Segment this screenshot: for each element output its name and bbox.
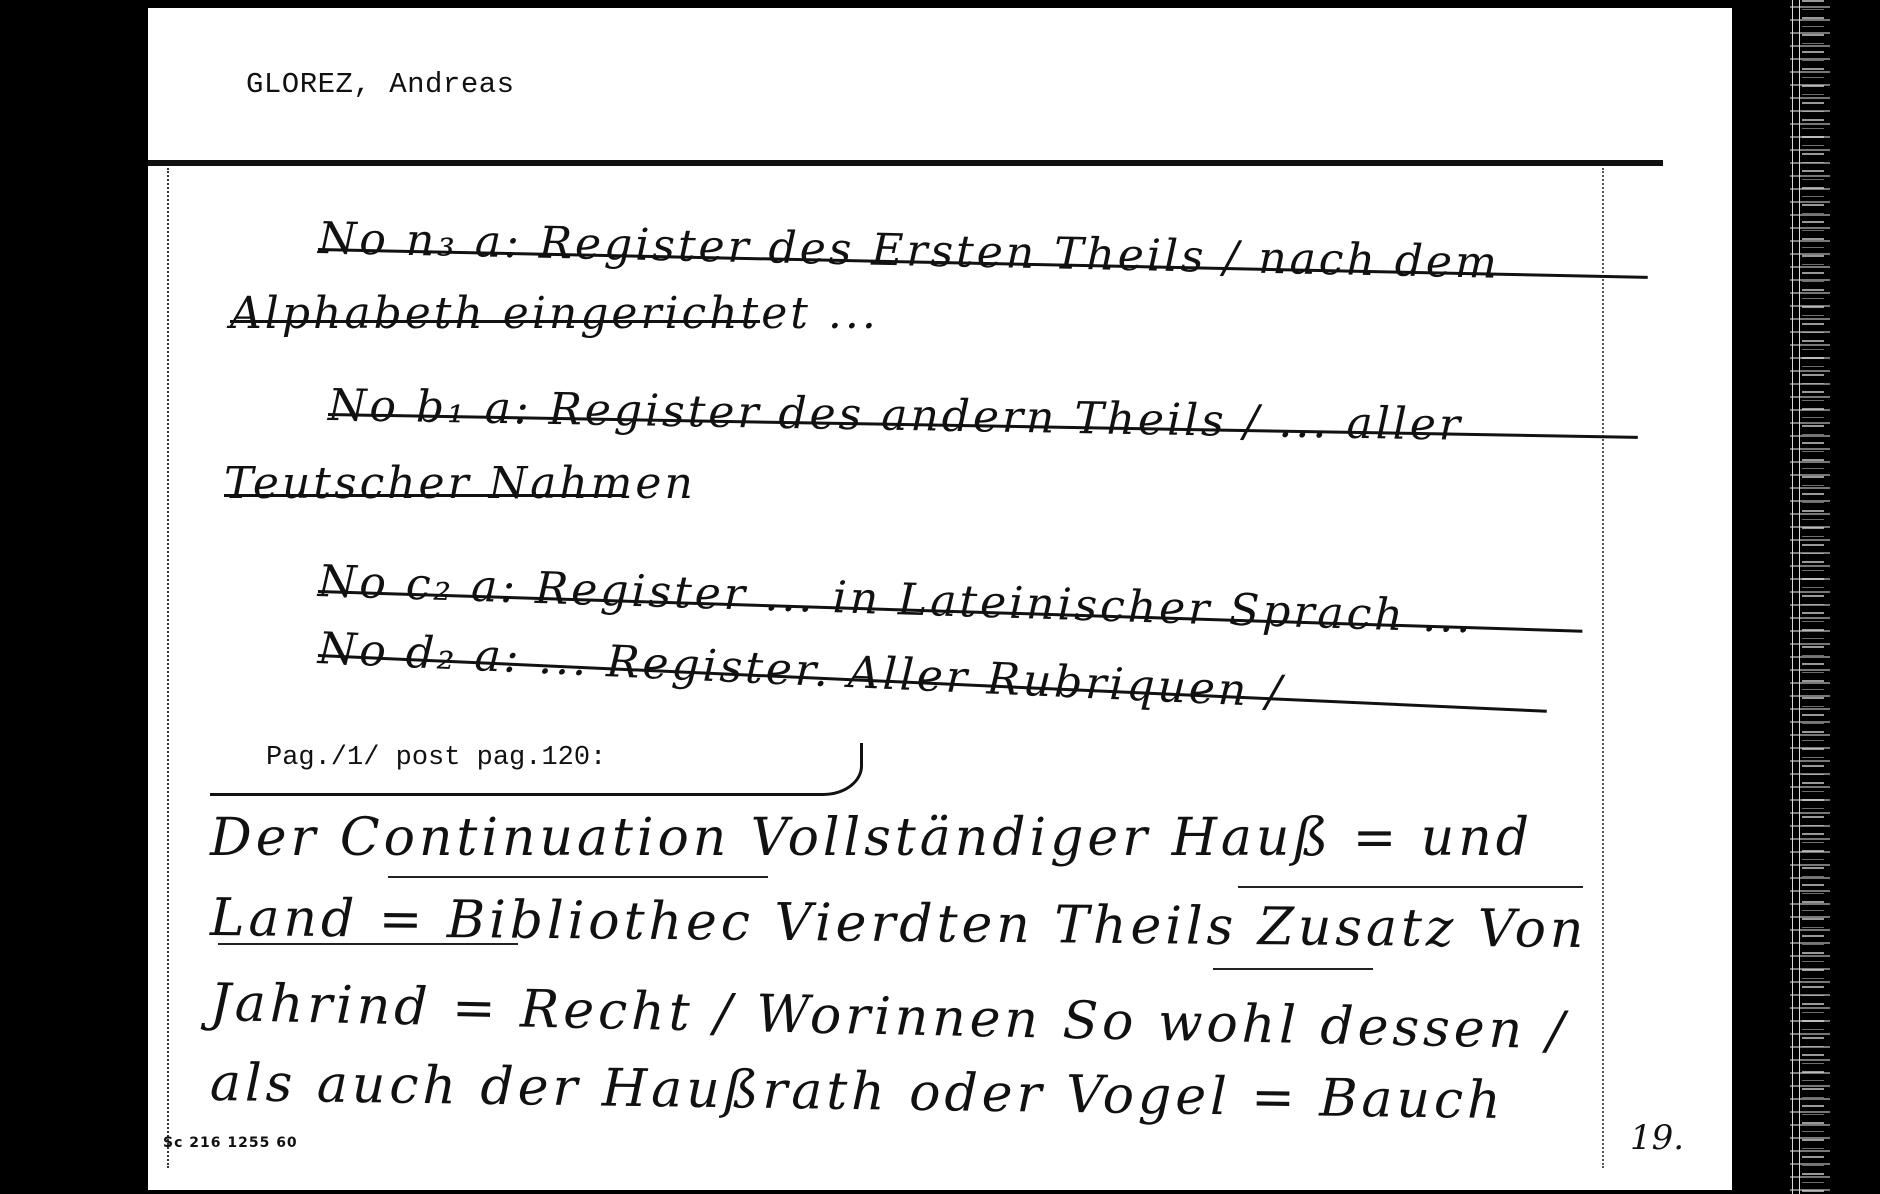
- scanned-document-page: GLOREZ, Andreas No n₃ a: Register des Er…: [148, 8, 1732, 1190]
- struck-entry: Teutscher Nahmen: [224, 458, 696, 509]
- body-line: Der Continuation Vollständiger Hauß = un…: [210, 808, 1533, 868]
- footer-archive-code: Sc 216 1255 60: [163, 1135, 298, 1151]
- underline: [1213, 968, 1373, 970]
- underline: [1238, 886, 1583, 888]
- strike-line: [230, 320, 760, 323]
- handwritten-page-number: 19.: [1630, 1118, 1684, 1158]
- header-rule: [148, 160, 1663, 166]
- body-line: Jahrind = Recht / Worinnen So wohl desse…: [209, 973, 1568, 1061]
- header-name: GLOREZ, Andreas: [246, 68, 515, 101]
- body-line: als auch der Haußrath oder Vogel = Bauch: [210, 1053, 1505, 1131]
- left-dotted-margin: [167, 168, 169, 1168]
- strike-line: [224, 494, 624, 497]
- underline: [388, 876, 768, 878]
- reference-label: Pag./1/ post pag.120:: [266, 743, 606, 773]
- scanner-edge-artifact: [1790, 0, 1830, 1194]
- body-line: Land = Bibliothec Vierdten Theils Zusatz…: [210, 888, 1588, 960]
- struck-entry: Alphabeth eingerichtet ...: [230, 288, 879, 339]
- underline: [218, 943, 518, 945]
- struck-entry: No d₂ a: ... Register. Aller Rubriquen /: [317, 623, 1285, 718]
- right-dotted-margin: [1602, 168, 1604, 1168]
